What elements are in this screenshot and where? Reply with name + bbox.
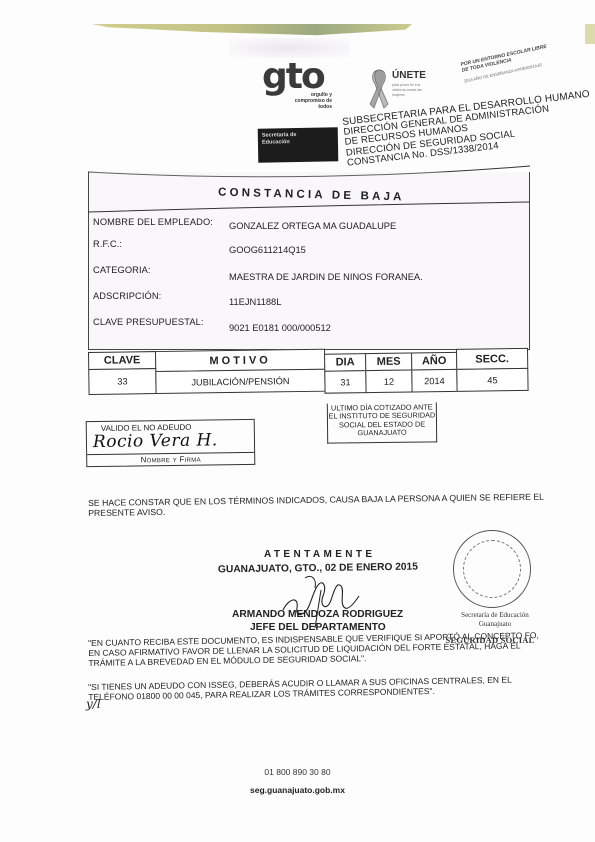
header-clave: CLAVE xyxy=(88,351,156,370)
header-dia: DIA xyxy=(324,353,366,372)
unete-logo-word: ÚNETE xyxy=(392,70,426,81)
footer-website[interactable]: seg.guanajuato.gob.mx xyxy=(0,785,595,795)
cell-mes: 12 xyxy=(365,369,412,393)
seal-caption: Secretaría de Educación Guanajuato xyxy=(450,611,540,629)
clave-presupuestal-value: 9021 E0181 000/000512 xyxy=(229,323,331,333)
document-page: gto orgullo y compromiso de todos ÚNETE … xyxy=(0,0,595,842)
gto-logo-tagline: orgullo y compromiso de todos xyxy=(292,92,332,110)
header-mes: MES xyxy=(365,352,412,371)
handwritten-initials: y/l xyxy=(86,697,101,711)
no-adeudo-caption: Nombre y Firma xyxy=(87,454,254,465)
secretaria-label: Secretaría de Educación xyxy=(262,132,312,147)
gto-logo-word: gto xyxy=(262,56,324,97)
seal-caption-line: Guanajuato xyxy=(450,620,540,629)
adscripcion-value: 11EJN1188L xyxy=(229,297,281,307)
awareness-ribbon-icon xyxy=(368,68,390,110)
gto-logo: gto orgullo y compromiso de todos xyxy=(262,62,332,118)
rfc-label: R.F.C.: xyxy=(93,239,122,249)
header-secc: SECC. xyxy=(456,348,528,370)
statement-paragraph: SE HACE CONSTAR QUE EN LOS TÉRMINOS INDI… xyxy=(88,493,548,518)
slogan: POR UN ENTORNO ESCOLAR LIBRE DE TODA VIO… xyxy=(460,43,553,83)
cell-ano: 2014 xyxy=(411,369,457,393)
cell-dia: 31 xyxy=(324,370,366,394)
employee-name-label: NOMBRE DEL EMPLEADO: xyxy=(93,217,213,227)
handwritten-signature xyxy=(275,570,365,630)
adscripcion-label: ADSCRIPCIÓN: xyxy=(93,291,161,301)
seal-inner-ring xyxy=(463,540,521,598)
rfc-value: GOOG611214Q15 xyxy=(229,245,306,255)
scan-smudge xyxy=(230,38,350,58)
last-day-note: ULTIMO DÍA COTIZADO ANTE EL INSTITUTO DE… xyxy=(327,402,437,443)
closing: ATENTAMENTE xyxy=(264,549,375,560)
cell-secc: 45 xyxy=(456,368,528,392)
baja-table: CLAVE MOTIVO DIA MES AÑO SECC. 33 JUBILA… xyxy=(88,346,529,412)
no-adeudo-box: VALIDO EL NO ADEUDO Rocio Vera H. Nombre… xyxy=(86,419,256,467)
employee-name-value: GONZALEZ ORTEGA MA GUADALUPE xyxy=(229,221,396,231)
seal-caption-line: Secretaría de Educación xyxy=(450,611,540,620)
cell-motivo: JUBILACIÓN/PENSIÓN xyxy=(155,369,325,394)
notice-adeudo: "SI TIENES UN ADEUDO CON ISSEG, DEBERÁS … xyxy=(88,674,550,702)
signer-name: ARMANDO MENDOZA RODRIGUEZ xyxy=(232,609,403,620)
footer-phone: 01 800 890 30 80 xyxy=(0,767,595,777)
edge-artifact xyxy=(585,24,595,44)
unete-logo-subtext: para poner fin a la violencia contra las… xyxy=(392,83,432,98)
signer-title: JEFE DEL DEPARTAMENTO xyxy=(250,622,386,633)
header-ano: AÑO xyxy=(411,352,457,371)
cell-clave: 33 xyxy=(88,368,156,395)
clave-presupuestal-label: CLAVE PRESUPUESTAL: xyxy=(93,317,204,327)
categoria-label: CATEGORIA: xyxy=(93,265,151,275)
no-adeudo-signature: Rocio Vera H. xyxy=(93,430,218,452)
official-seal xyxy=(453,530,531,608)
notice-forte: "EN CUANTO RECIBA ESTE DOCUMENTO, ES IND… xyxy=(88,630,550,668)
categoria-value: MAESTRA DE JARDIN DE NINOS FORANEA. xyxy=(229,272,423,282)
secretaria-logo-box: Secretaría de Educación xyxy=(258,127,339,162)
